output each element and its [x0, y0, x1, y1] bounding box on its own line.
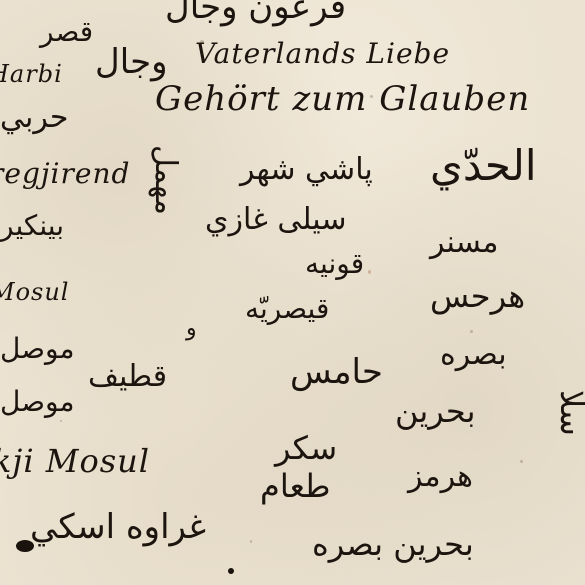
arabic-qawniya: قونيه	[305, 250, 364, 278]
german-regjirend: regjirend	[0, 160, 130, 188]
paper-speck	[368, 270, 371, 274]
arabic-right-edge: سلا	[556, 390, 585, 436]
arabic-musatr: مسنر	[430, 228, 498, 258]
ink-blot	[228, 568, 234, 574]
arabic-vertical-margin: مهمل	[150, 145, 180, 215]
german-gehort-zum-glauben: Gehört zum Glauben	[155, 82, 530, 116]
arabic-qasr: قصر	[40, 18, 93, 46]
arabic-sabr: سكر	[275, 432, 337, 464]
arabic-hurmuz: هرمز	[408, 462, 473, 492]
arabic-mawsil-1: موصل	[0, 335, 74, 363]
german-harbi: Harbi	[0, 62, 63, 86]
arabic-gharawa-iski: غراوه اسكي	[30, 510, 206, 544]
arabic-hamis: حامس	[290, 355, 383, 389]
arabic-mawsil-2: موصل	[0, 388, 74, 416]
arabic-wa: و	[186, 318, 197, 340]
paper-speck	[250, 540, 252, 543]
arabic-qatif: قطيف	[88, 362, 167, 392]
arabic-harbi: حربي	[0, 103, 68, 133]
paper-speck	[470, 330, 473, 333]
arabic-bahrayn-basra: بحرين بصره	[312, 528, 474, 560]
arabic-firawn-wa-jal: فرعون وجال	[165, 0, 346, 24]
arabic-al-hadi: الحدّي	[430, 145, 537, 187]
german-vaterlandsliebe: Vaterlands Liebe	[195, 40, 450, 68]
arabic-sili-ghazi: سيلى غازي	[205, 205, 346, 235]
arabic-harhis: هرحس	[430, 280, 525, 312]
paper-speck	[60, 420, 62, 422]
arabic-bahrayn: بحرين	[395, 395, 475, 427]
arabic-wa-jal: وجال	[95, 45, 168, 79]
arabic-qaysariyya: قيصريّه	[245, 295, 329, 323]
german-kji-mosul: kji Mosul	[0, 445, 150, 477]
arabic-taam: طعام	[260, 470, 330, 502]
arabic-basra-1: بصره	[440, 340, 507, 370]
manuscript-page: فرعون وجال قصر وجال Vaterlands Liebe Har…	[0, 0, 585, 585]
paper-speck	[520, 460, 523, 463]
german-mosul-left: Mosul	[0, 280, 69, 304]
arabic-bingir: بينكير	[0, 212, 64, 240]
arabic-pashai-shahr: پاشي شهر	[240, 155, 373, 185]
